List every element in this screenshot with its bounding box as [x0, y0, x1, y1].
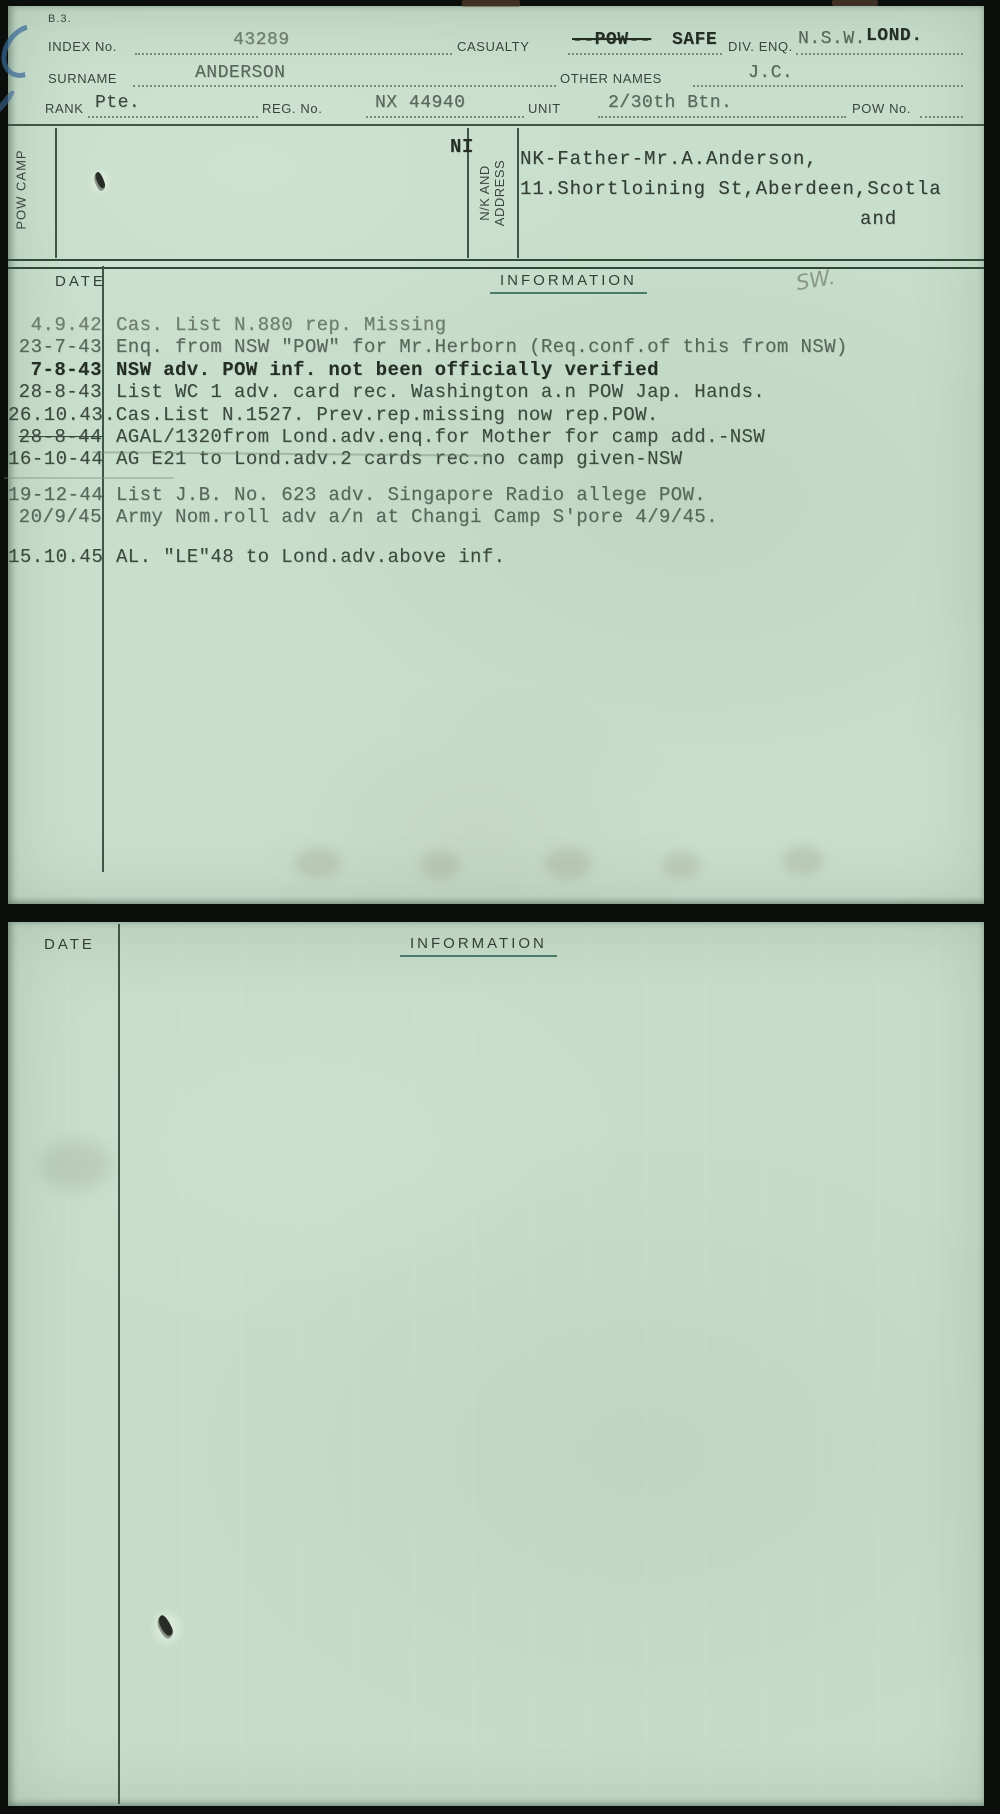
nk-address-label-line1: N/K AND	[477, 138, 492, 248]
entry-info: AL. "LE"48 to Lond.adv.above inf.	[102, 546, 505, 568]
entry-date: 16-10-44	[8, 448, 102, 470]
casualty-pow-value: --POW--	[572, 30, 651, 50]
nk-address-label: N/K AND ADDRESS	[477, 138, 507, 248]
pow-camp-label: POW CAMP	[14, 145, 29, 235]
surname-label: SURNAME	[48, 71, 117, 86]
table-row: 4.9.42 Cas. List N.880 rep. Missing	[8, 314, 984, 336]
smudge-mark	[420, 852, 460, 879]
casualty-label: CASUALTY	[457, 39, 529, 54]
dotted-rule	[88, 116, 258, 118]
smudge-mark	[545, 848, 591, 879]
dotted-rule	[598, 116, 846, 118]
dotted-rule	[568, 53, 722, 55]
dotted-rule	[693, 85, 963, 87]
rank-label: RANK	[45, 101, 84, 116]
form-code: B.3.	[48, 13, 72, 25]
entry-info: Cas. List N.880 rep. Missing	[102, 314, 446, 336]
div-enq-lond-value: LOND.	[866, 26, 923, 46]
information-table: 4.9.42 Cas. List N.880 rep. Missing 23-7…	[8, 314, 984, 568]
rank-value: Pte.	[95, 93, 140, 113]
card-back	[8, 922, 984, 1806]
nk-address-line: 11.Shortloining St,Aberdeen,Scotla	[520, 174, 982, 204]
table-row: 7-8-43 NSW adv. POW inf. not been offici…	[8, 359, 984, 381]
table-row: 15.10.45 AL. "LE"48 to Lond.adv.above in…	[8, 546, 984, 568]
entry-info: NSW adv. POW inf. not been officially ve…	[102, 359, 659, 381]
entry-info: List J.B. No. 623 adv. Singapore Radio a…	[102, 484, 706, 506]
index-no-value: 43289	[233, 30, 290, 50]
pow-no-label: POW No.	[852, 101, 911, 116]
tape-mark	[832, 0, 878, 6]
entry-info: AGAL/1320from Lond.adv.enq.for Mother fo…	[102, 426, 765, 448]
entry-info: List WC 1 adv. card rec. Washington a.n …	[102, 381, 765, 403]
dotted-rule	[920, 116, 963, 118]
information-column-header: INFORMATION	[400, 935, 557, 957]
surname-value: ANDERSON	[195, 63, 285, 83]
other-names-label: OTHER NAMES	[560, 71, 662, 86]
smudge-mark	[40, 1140, 110, 1190]
entry-date: 19-12-44	[8, 484, 102, 506]
entry-info: Army Nom.roll adv a/n at Changi Camp S'p…	[102, 506, 718, 528]
nk-address-line: and	[520, 204, 982, 234]
table-row: 19-12-44 List J.B. No. 623 adv. Singapor…	[8, 484, 984, 506]
information-column-header: INFORMATION	[490, 272, 647, 294]
table-row: 20/9/45 Army Nom.roll adv a/n at Changi …	[8, 506, 984, 528]
smudge-mark	[782, 846, 824, 875]
date-column-divider	[118, 924, 120, 1804]
entry-date: 28-8-44	[8, 426, 102, 448]
entry-date: 26.10.43	[8, 404, 102, 426]
nk-address-label-line2: ADDRESS	[492, 138, 507, 248]
smudge-mark	[662, 852, 700, 879]
table-row: 23-7-43 Enq. from NSW "POW" for Mr.Herbo…	[8, 336, 984, 358]
scanned-pow-index-card-page: B.3. INDEX No. 43289 CASUALTY --POW-- SA…	[0, 0, 1000, 1814]
index-no-label: INDEX No.	[48, 39, 117, 54]
entry-date: 15.10.45	[8, 546, 102, 568]
nk-address-block: NK-Father-Mr.A.Anderson, 11.Shortloining…	[520, 144, 982, 234]
rule-line	[55, 128, 57, 258]
dotted-rule	[796, 53, 963, 55]
double-rule	[8, 259, 984, 269]
entry-date: 7-8-43	[8, 359, 102, 381]
dotted-rule	[366, 116, 524, 118]
entry-date: 23-7-43	[8, 336, 102, 358]
tape-mark	[462, 0, 520, 7]
entry-info: .Cas.List N.1527. Prev.rep.missing now r…	[102, 404, 659, 426]
pencil-scribble	[4, 477, 174, 479]
date-column-header: DATE	[44, 936, 95, 953]
dotted-rule	[135, 53, 452, 55]
entry-info: Enq. from NSW "POW" for Mr.Herborn (Req.…	[102, 336, 848, 358]
entry-date: 20/9/45	[8, 506, 102, 528]
table-row: 28-8-43 List WC 1 adv. card rec. Washing…	[8, 381, 984, 403]
div-enq-label: DIV. ENQ.	[728, 39, 793, 54]
casualty-safe-value: SAFE	[672, 30, 717, 50]
dotted-rule	[133, 85, 556, 87]
entry-date: 28-8-43	[8, 381, 102, 403]
div-enq-nsw-value: N.S.W.	[798, 29, 866, 49]
nk-overtype-value: NI	[450, 136, 474, 158]
other-names-value: J.C.	[748, 63, 793, 83]
rule-line	[517, 128, 519, 258]
date-column-header: DATE	[55, 273, 106, 290]
table-row: 26.10.43 .Cas.List N.1527. Prev.rep.miss…	[8, 404, 984, 426]
reg-no-value: NX 44940	[375, 93, 465, 113]
unit-label: UNIT	[528, 101, 561, 116]
unit-value: 2/30th Btn.	[608, 93, 732, 113]
table-row: 28-8-44 AGAL/1320from Lond.adv.enq.for M…	[8, 426, 984, 448]
reg-no-label: REG. No.	[262, 101, 322, 116]
nk-address-line: NK-Father-Mr.A.Anderson,	[520, 144, 982, 174]
rule-line	[8, 124, 984, 126]
smudge-mark	[295, 848, 341, 878]
entry-date: 4.9.42	[8, 314, 102, 336]
